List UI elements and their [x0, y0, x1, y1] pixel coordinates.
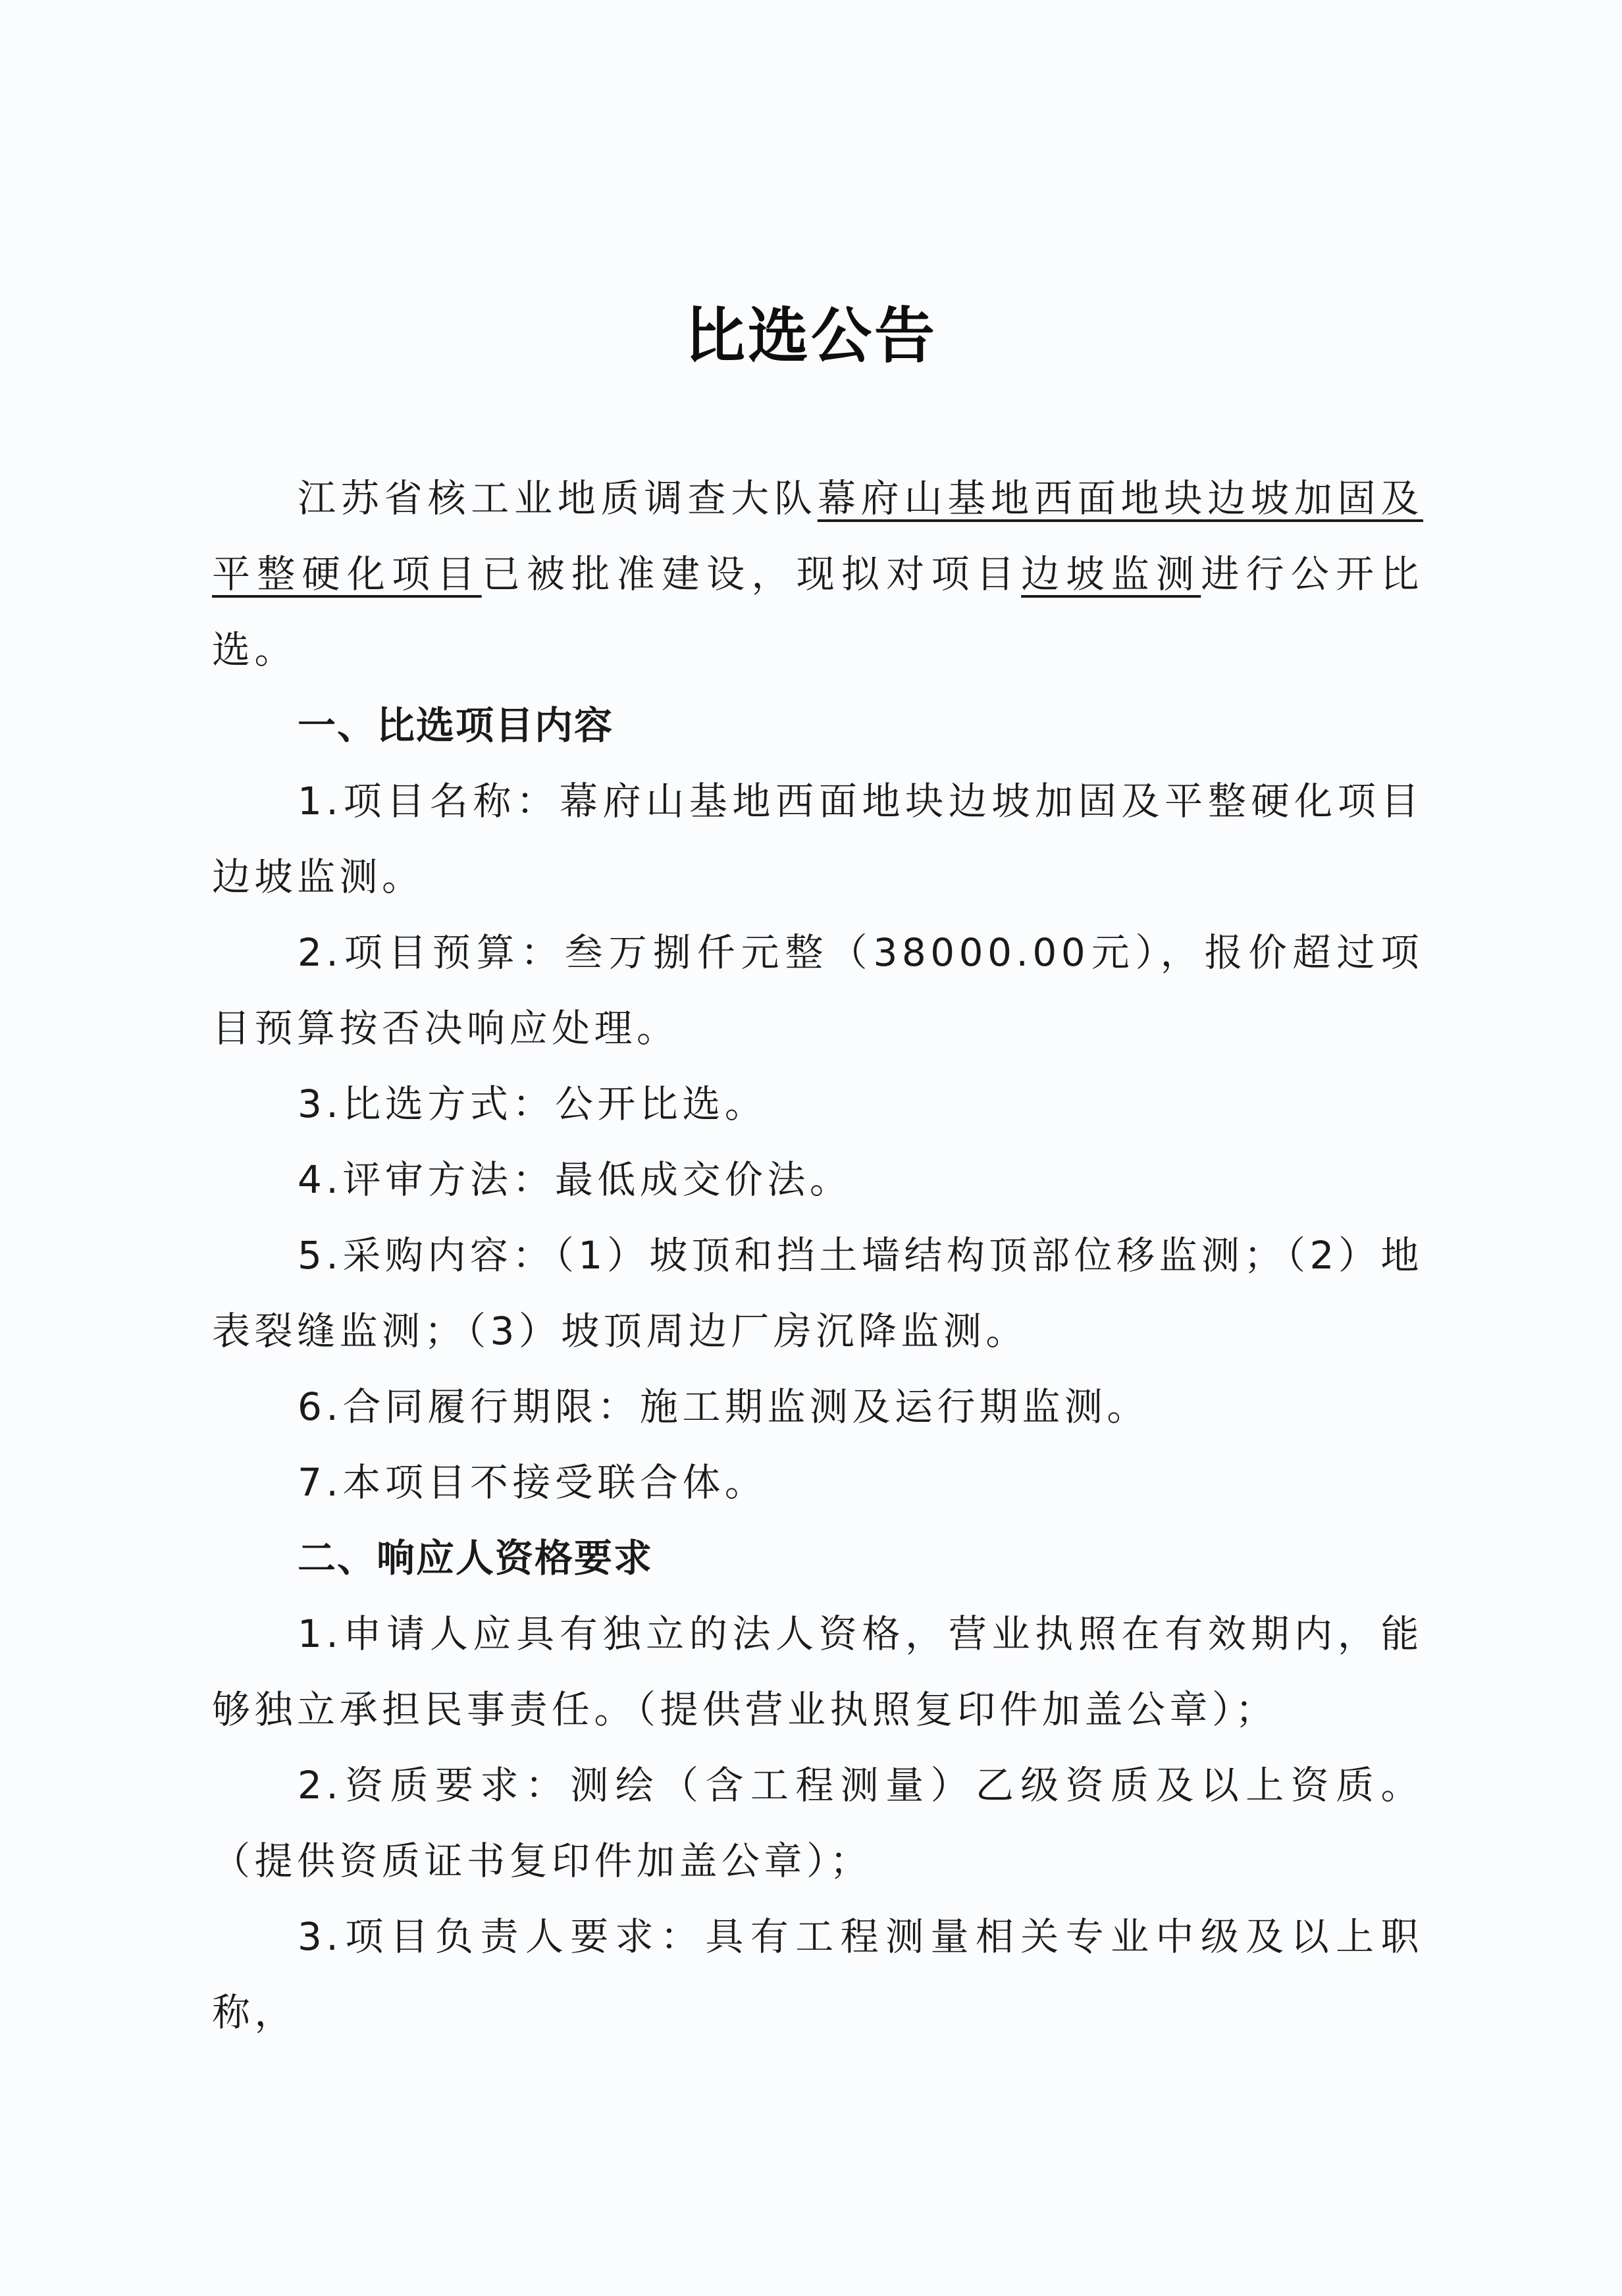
- list-item: 3.项目负责人要求：具有工程测量相关专业中级及以上职称，: [212, 1899, 1423, 2050]
- list-item: 4.评审方法：最低成交价法。: [212, 1142, 1423, 1218]
- list-item: 1.申请人应具有独立的法人资格，营业执照在有效期内，能够独立承担民事责任。（提供…: [212, 1596, 1423, 1748]
- document-title: 比选公告: [0, 296, 1622, 375]
- section-heading-qualifications: 二、响应人资格要求: [212, 1521, 1423, 1596]
- list-item: 5.采购内容：（1）坡顶和挡土墙结构顶部位移监测；（2）地表裂缝监测；（3）坡顶…: [212, 1218, 1423, 1369]
- list-item: 2.项目预算：叁万捌仟元整（38000.00元），报价超过项目预算按否决响应处理…: [212, 915, 1423, 1066]
- intro-text-2: 已被批准建设，现拟对项目: [482, 552, 1021, 596]
- document-page: 比选公告 江苏省核工业地质调查大队幕府山基地西面地块边坡加固及平整硬化项目已被批…: [0, 0, 1622, 2296]
- document-body: 江苏省核工业地质调查大队幕府山基地西面地块边坡加固及平整硬化项目已被批准建设，现…: [212, 461, 1423, 2050]
- list-item: 6.合同履行期限：施工期监测及运行期监测。: [212, 1369, 1423, 1445]
- list-item: 7.本项目不接受联合体。: [212, 1445, 1423, 1521]
- section-heading-project-content: 一、比选项目内容: [212, 688, 1423, 764]
- intro-text-1: 江苏省核工业地质调查大队: [298, 476, 818, 521]
- list-item: 3.比选方式：公开比选。: [212, 1066, 1423, 1142]
- list-item: 2.资质要求：测绘（含工程测量）乙级资质及以上资质。（提供资质证书复印件加盖公章…: [212, 1748, 1423, 1899]
- intro-paragraph: 江苏省核工业地质调查大队幕府山基地西面地块边坡加固及平整硬化项目已被批准建设，现…: [212, 461, 1423, 688]
- scope-underlined: 边坡监测: [1021, 552, 1201, 596]
- list-item: 1.项目名称：幕府山基地西面地块边坡加固及平整硬化项目边坡监测。: [212, 764, 1423, 915]
